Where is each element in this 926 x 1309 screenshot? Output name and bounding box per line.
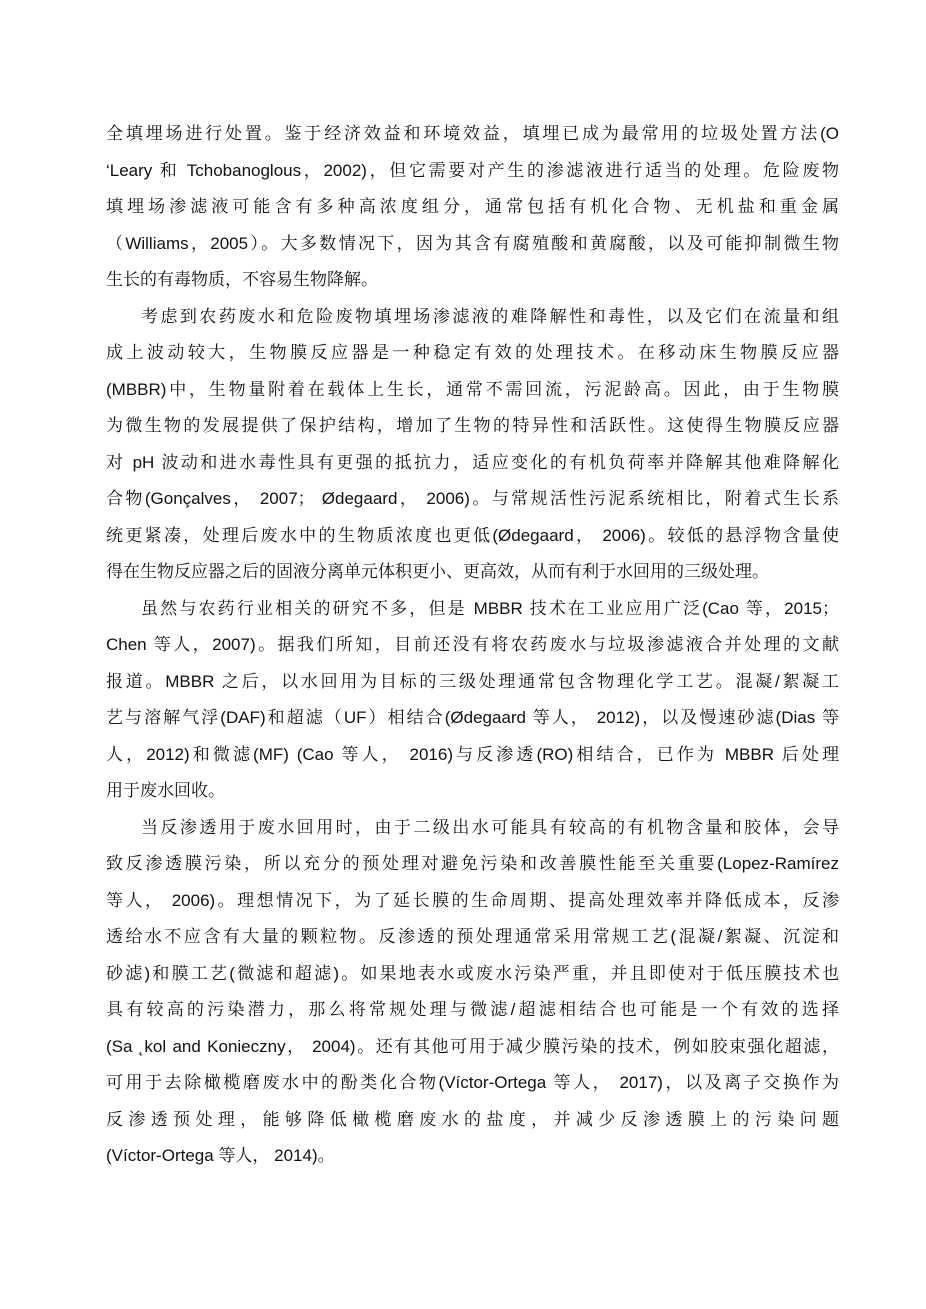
text-line: 等人， 2006)。理想情况下，为了延长膜的生命周期、提高处理效率并降低成本，反… — [106, 883, 839, 920]
text-line: Chen 等人，2007)。据我们所知，目前还没有将农药废水与垃圾渗滤液合并处理… — [106, 627, 839, 664]
text-line: 生长的有毒物质，不容易生物降解。 — [106, 262, 839, 299]
paragraph-1: 全填埋场进行处置。鉴于经济效益和环境效益，填埋已成为最常用的垃圾处置方法(O‘L… — [106, 116, 839, 299]
text-line: 用于废水回收。 — [106, 773, 839, 810]
text-line: 致反渗透膜污染，所以充分的预处理对避免污染和改善膜性能至关重要(Lopez-Ra… — [106, 846, 839, 883]
text-line: 成上波动较大，生物膜反应器是一种稳定有效的处理技术。在移动床生物膜反应器 — [106, 335, 839, 372]
text-line: 砂滤)和膜工艺(微滤和超滤)。如果地表水或废水污染严重，并且即使对于低压膜技术也 — [106, 956, 839, 993]
text-line: 当反渗透用于废水回用时，由于二级出水可能具有较高的有机物含量和胶体，会导 — [106, 810, 839, 847]
text-line: (Sa ˛kol and Konieczny， 2004)。还有其他可用于减少膜… — [106, 1029, 839, 1066]
text-line: 虽然与农药行业相关的研究不多，但是 MBBR 技术在工业应用广泛(Cao 等，2… — [106, 591, 839, 628]
document-body: 全填埋场进行处置。鉴于经济效益和环境效益，填埋已成为最常用的垃圾处置方法(O‘L… — [106, 116, 839, 1175]
text-line: 可用于去除橄榄磨废水中的酚类化合物(Víctor-Ortega 等人， 2017… — [106, 1065, 839, 1102]
paragraph-3: 虽然与农药行业相关的研究不多，但是 MBBR 技术在工业应用广泛(Cao 等，2… — [106, 591, 839, 810]
document-page: 全填埋场进行处置。鉴于经济效益和环境效益，填埋已成为最常用的垃圾处置方法(O‘L… — [0, 0, 926, 1309]
text-line: 人，2012)和微滤(MF) (Cao 等人， 2016)与反渗透(RO)相结合… — [106, 737, 839, 774]
text-line: 报道。MBBR 之后，以水回用为目标的三级处理通常包含物理化学工艺。混凝/絮凝工 — [106, 664, 839, 701]
paragraph-4: 当反渗透用于废水回用时，由于二级出水可能具有较高的有机物含量和胶体，会导致反渗透… — [106, 810, 839, 1175]
text-line: 反渗透预处理，能够降低橄榄磨废水的盐度，并减少反渗透膜上的污染问题 — [106, 1102, 839, 1139]
text-line: 全填埋场进行处置。鉴于经济效益和环境效益，填埋已成为最常用的垃圾处置方法(O — [106, 116, 839, 153]
text-line: 统更紧凑，处理后废水中的生物质浓度也更低(Ødegaard， 2006)。较低的… — [106, 518, 839, 555]
text-line: 填埋场渗滤液可能含有多种高浓度组分，通常包括有机化合物、无机盐和重金属 — [106, 189, 839, 226]
text-line: 艺与溶解气浮(DAF)和超滤（UF）相结合(Ødegaard 等人， 2012)… — [106, 700, 839, 737]
text-line: 得在生物反应器之后的固液分离单元体积更小、更高效，从而有利于水回用的三级处理。 — [106, 554, 839, 591]
text-line: (MBBR)中，生物量附着在载体上生长，通常不需回流，污泥龄高。因此，由于生物膜 — [106, 372, 839, 409]
text-line: (Víctor-Ortega 等人， 2014)。 — [106, 1138, 839, 1175]
text-line: （Williams，2005）。大多数情况下，因为其含有腐殖酸和黄腐酸，以及可能… — [106, 226, 839, 263]
text-line: 为微生物的发展提供了保护结构，增加了生物的特异性和活跃性。这使得生物膜反应器 — [106, 408, 839, 445]
text-line: 考虑到农药废水和危险废物填埋场渗滤液的难降解性和毒性，以及它们在流量和组 — [106, 299, 839, 336]
text-line: 具有较高的污染潜力，那么将常规处理与微滤/超滤相结合也可能是一个有效的选择 — [106, 992, 839, 1029]
text-line: 合物(Gonçalves， 2007； Ødegaard， 2006)。与常规活… — [106, 481, 839, 518]
paragraph-2: 考虑到农药废水和危险废物填埋场渗滤液的难降解性和毒性，以及它们在流量和组成上波动… — [106, 299, 839, 591]
text-line: 透给水不应含有大量的颗粒物。反渗透的预处理通常采用常规工艺(混凝/絮凝、沉淀和 — [106, 919, 839, 956]
text-line: ‘Leary 和 Tchobanoglous，2002)，但它需要对产生的渗滤液… — [106, 153, 839, 190]
text-line: 对 pH 波动和进水毒性具有更强的抵抗力，适应变化的有机负荷率并降解其他难降解化 — [106, 445, 839, 482]
